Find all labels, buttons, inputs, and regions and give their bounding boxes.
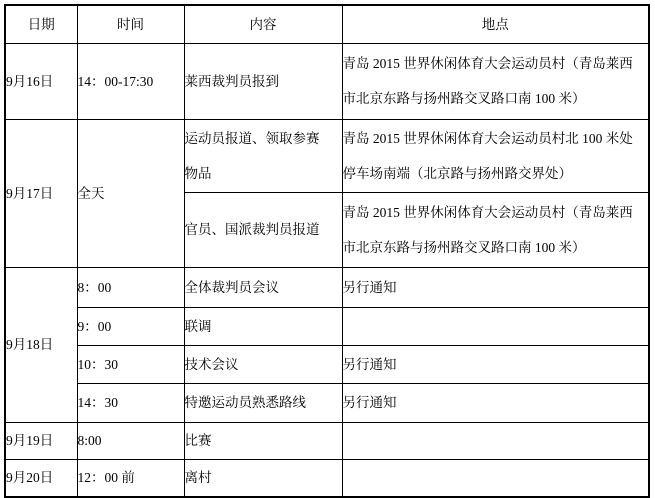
- cell-location: 青岛 2015 世界休闲体育大会运动员村（青岛莱西 市北京东路与扬州路交叉路口南…: [342, 192, 649, 267]
- cell-location: 青岛 2015 世界休闲体育大会运动员村北 100 米处 停车场南端（北京路与扬…: [342, 119, 649, 192]
- cell-location: [342, 459, 649, 497]
- header-location: 地点: [342, 5, 649, 43]
- table-row: 9月17日 全天 运动员报道、领取参赛 物品 青岛 2015 世界休闲体育大会运…: [5, 119, 649, 192]
- table-row: 10：30 技术会议 另行通知: [5, 345, 649, 383]
- header-content: 内容: [184, 5, 342, 43]
- cell-time: 14：00-17:30: [77, 43, 184, 119]
- cell-time: 8:00: [77, 422, 184, 459]
- cell-content: 官员、国派裁判员报道: [184, 192, 342, 267]
- cell-date: 9月17日: [5, 119, 77, 267]
- table-row: 9月20日 12：00 前 离村: [5, 459, 649, 497]
- header-date: 日期: [5, 5, 77, 43]
- cell-content: 联调: [184, 307, 342, 345]
- cell-date: 9月20日: [5, 459, 77, 497]
- header-row: 日期 时间 内容 地点: [5, 5, 649, 43]
- cell-content: 特邀运动员熟悉路线: [184, 383, 342, 422]
- cell-content: 比赛: [184, 422, 342, 459]
- cell-time: 9：00: [77, 307, 184, 345]
- cell-location: 另行通知: [342, 345, 649, 383]
- cell-content: 全体裁判员会议: [184, 267, 342, 307]
- header-time: 时间: [77, 5, 184, 43]
- table-row: 9：00 联调: [5, 307, 649, 345]
- cell-location: 另行通知: [342, 267, 649, 307]
- cell-time: 14：30: [77, 383, 184, 422]
- cell-date: 9月16日: [5, 43, 77, 119]
- cell-date: 9月18日: [5, 267, 77, 422]
- table-row: 14：30 特邀运动员熟悉路线 另行通知: [5, 383, 649, 422]
- cell-time: 12：00 前: [77, 459, 184, 497]
- cell-location: [342, 422, 649, 459]
- cell-time: 全天: [77, 119, 184, 267]
- cell-location: 青岛 2015 世界休闲体育大会运动员村（青岛莱西 市北京东路与扬州路交叉路口南…: [342, 43, 649, 119]
- cell-time: 10：30: [77, 345, 184, 383]
- schedule-table: 日期 时间 内容 地点 9月16日 14：00-17:30 莱西裁判员报到 青岛…: [4, 4, 650, 498]
- cell-content: 运动员报道、领取参赛 物品: [184, 119, 342, 192]
- table-row: 9月19日 8:00 比赛: [5, 422, 649, 459]
- table-row: 9月18日 8：00 全体裁判员会议 另行通知: [5, 267, 649, 307]
- cell-location: [342, 307, 649, 345]
- schedule-page: 日期 时间 内容 地点 9月16日 14：00-17:30 莱西裁判员报到 青岛…: [0, 4, 655, 498]
- cell-location: 另行通知: [342, 383, 649, 422]
- cell-time: 8：00: [77, 267, 184, 307]
- table-row: 9月16日 14：00-17:30 莱西裁判员报到 青岛 2015 世界休闲体育…: [5, 43, 649, 119]
- cell-content: 技术会议: [184, 345, 342, 383]
- cell-content: 离村: [184, 459, 342, 497]
- cell-content: 莱西裁判员报到: [184, 43, 342, 119]
- cell-date: 9月19日: [5, 422, 77, 459]
